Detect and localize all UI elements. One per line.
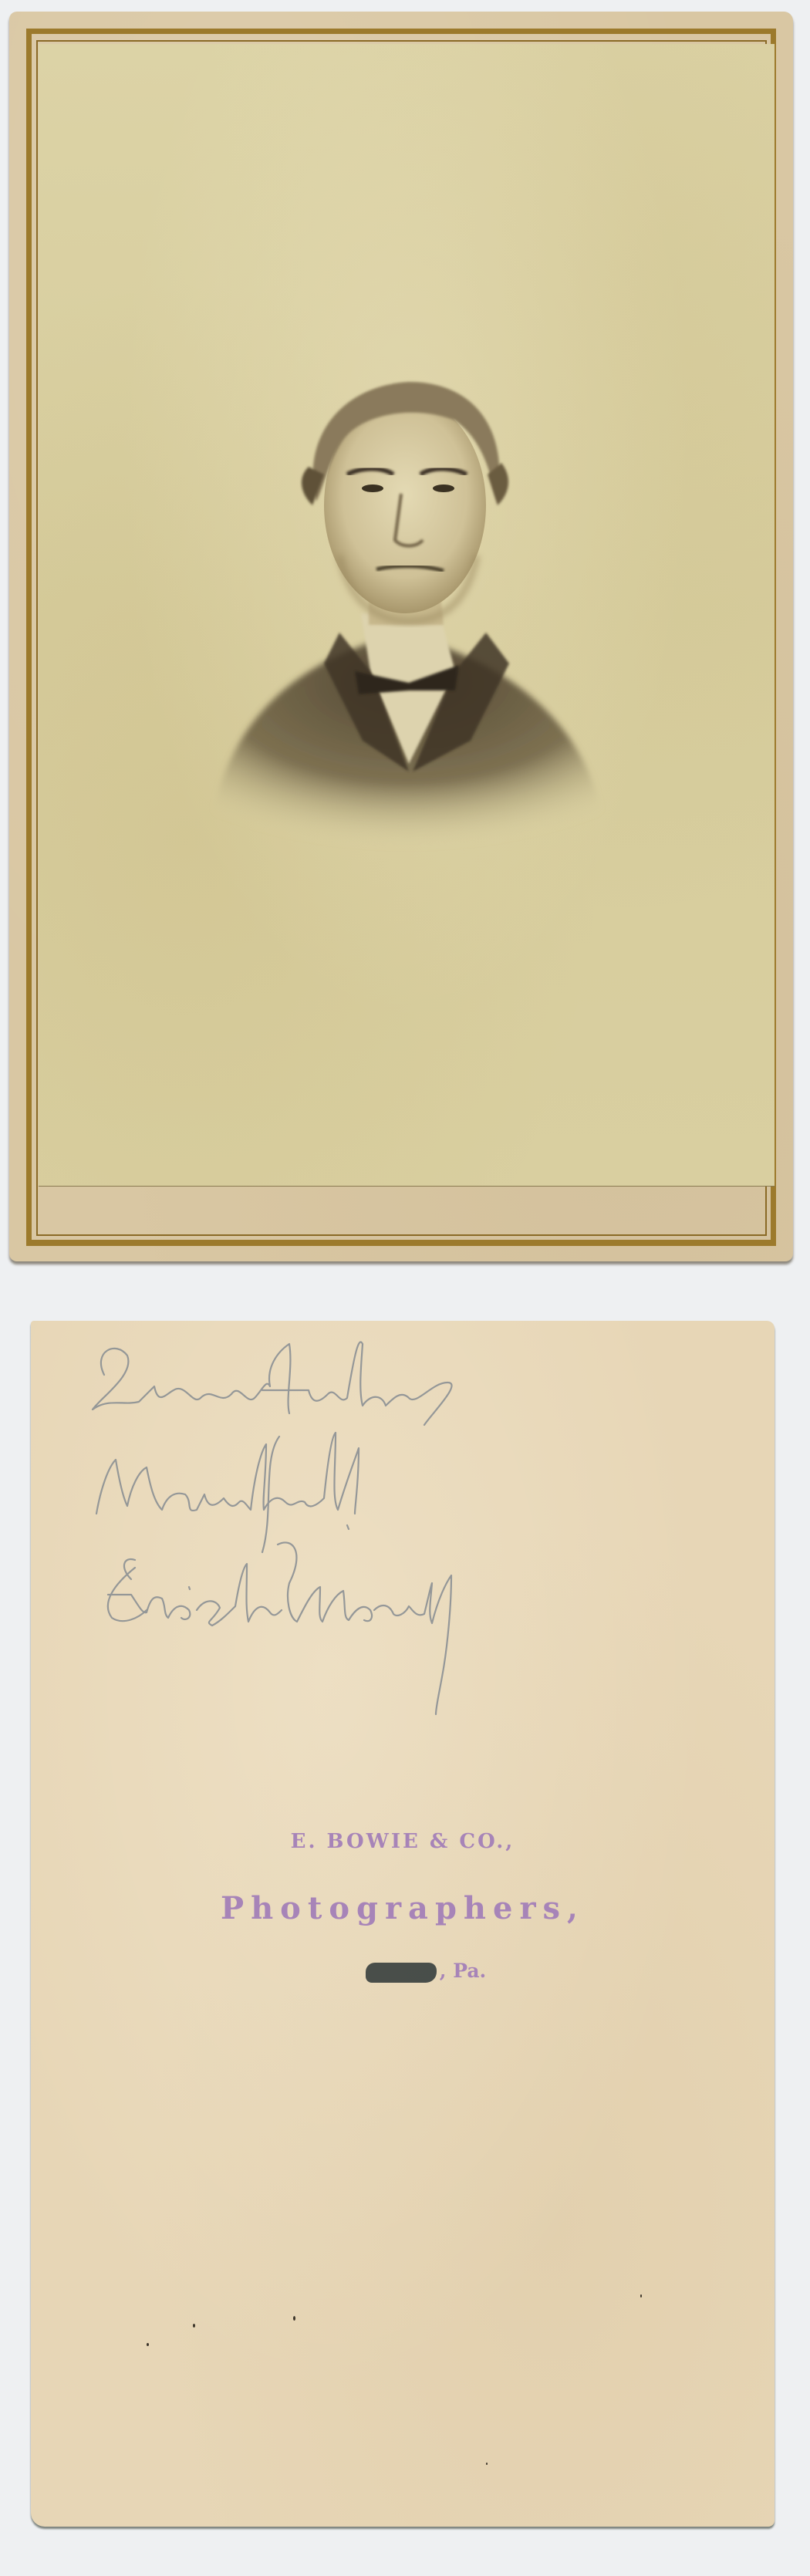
speck <box>293 2316 295 2321</box>
speck <box>147 2343 149 2346</box>
ink-redaction-mark <box>366 1963 437 1983</box>
pencil-inscription: Grandfather Marshall. Enoch Marshall <box>31 1321 775 1784</box>
speck <box>486 2463 488 2465</box>
inscription-line-2: Marshall. <box>77 1467 300 1521</box>
imprint-firm-name: E. BOWIE & CO., <box>31 1830 775 1853</box>
inscription-line-1: Grandfather <box>77 1352 366 1406</box>
imprint-state: , Pa. <box>440 1960 486 1982</box>
imprint-title: Photographers, <box>31 1890 775 1926</box>
inscription-line-3: Enoch Marshall <box>77 1568 447 1622</box>
imprint-location: , Pa. <box>54 1960 798 1983</box>
portrait-vignette <box>185 309 617 864</box>
card-back: Grandfather Marshall. Enoch Marshall E. … <box>31 1321 775 2527</box>
speck <box>193 2324 195 2328</box>
speck <box>640 2294 642 2297</box>
